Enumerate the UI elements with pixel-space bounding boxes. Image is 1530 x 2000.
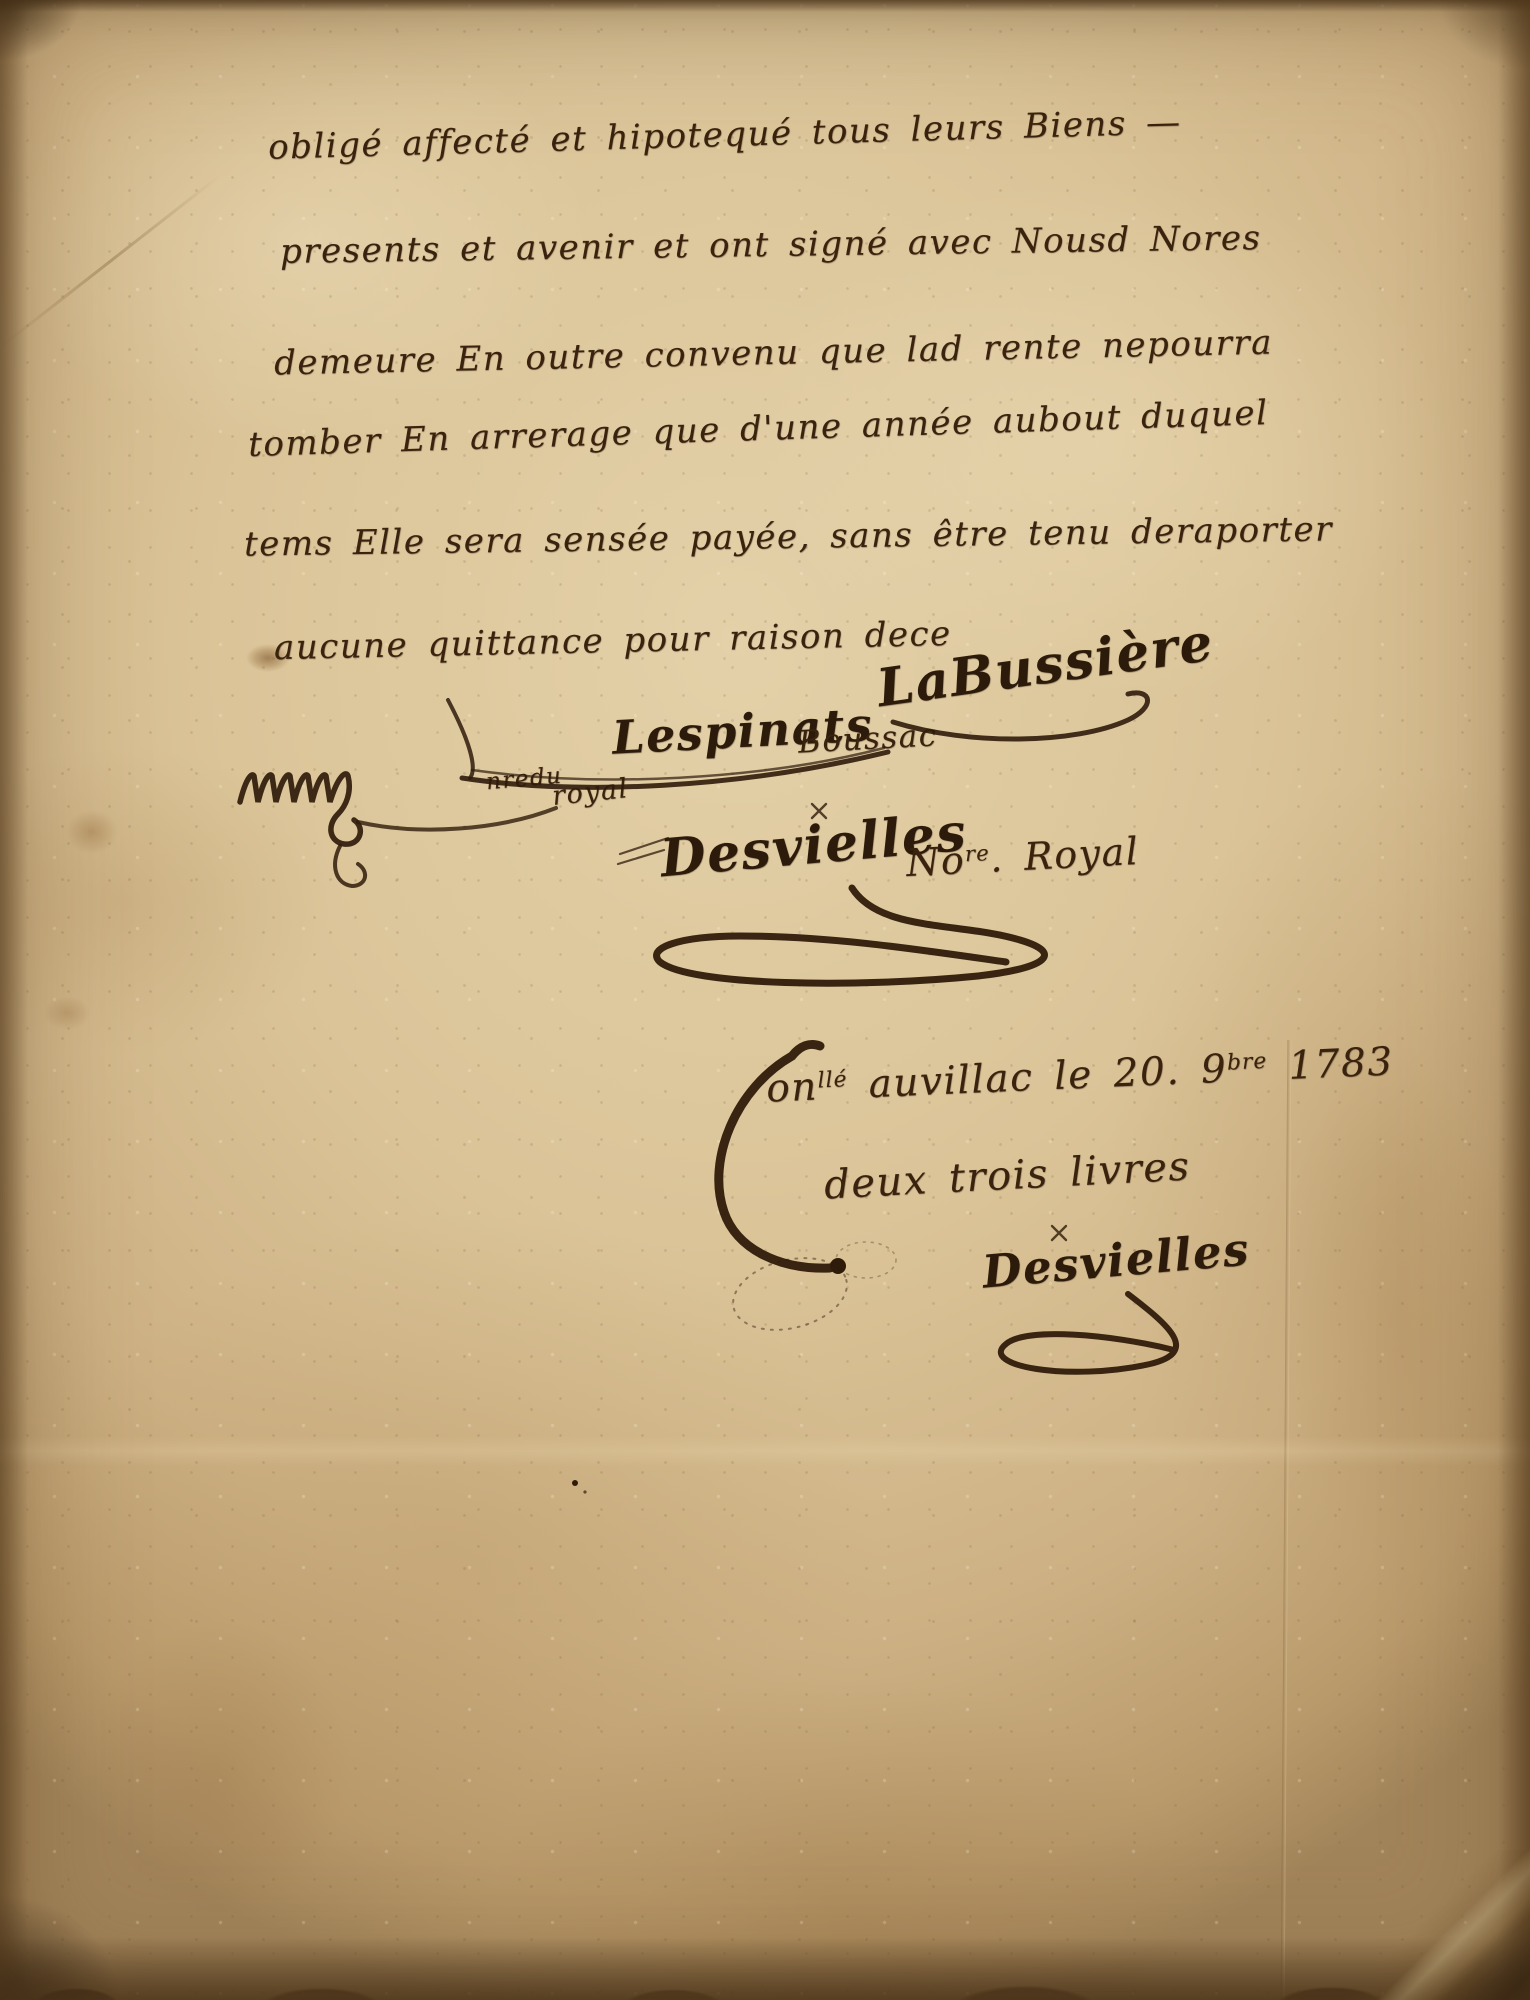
signature-boussac: Boussac: [797, 720, 938, 758]
paper-edge-left: [0, 0, 28, 2000]
paper-edge-bottom: [0, 1916, 1530, 2000]
paper-corner-bottom-right: [1340, 1850, 1530, 2000]
control-prefix-sup: llé: [817, 1067, 848, 1093]
notary-title-sup: re: [964, 841, 990, 867]
notary-title-suffix: . Royal: [989, 829, 1141, 881]
left-annotation-word2: royal: [551, 775, 630, 810]
paper-corner-bottom-left: [0, 1860, 160, 2000]
paper-background: [0, 0, 1530, 2000]
notary-title: Nore. Royal: [905, 832, 1140, 882]
manuscript-page: obligé affecté et hipotequé tous leurs B…: [0, 0, 1530, 2000]
control-date-sup: bre: [1226, 1049, 1267, 1076]
paper-edge-right: [1498, 0, 1530, 2000]
notary-title-prefix: No: [905, 838, 966, 885]
control-prefix: on: [765, 1064, 819, 1111]
paper-corner-top-right: [1410, 0, 1530, 90]
paper-corner-top-left: [0, 0, 110, 90]
control-year: 1783: [1267, 1039, 1395, 1089]
paper-edge-top: [0, 0, 1530, 12]
horizontal-fold: [0, 1436, 1530, 1466]
